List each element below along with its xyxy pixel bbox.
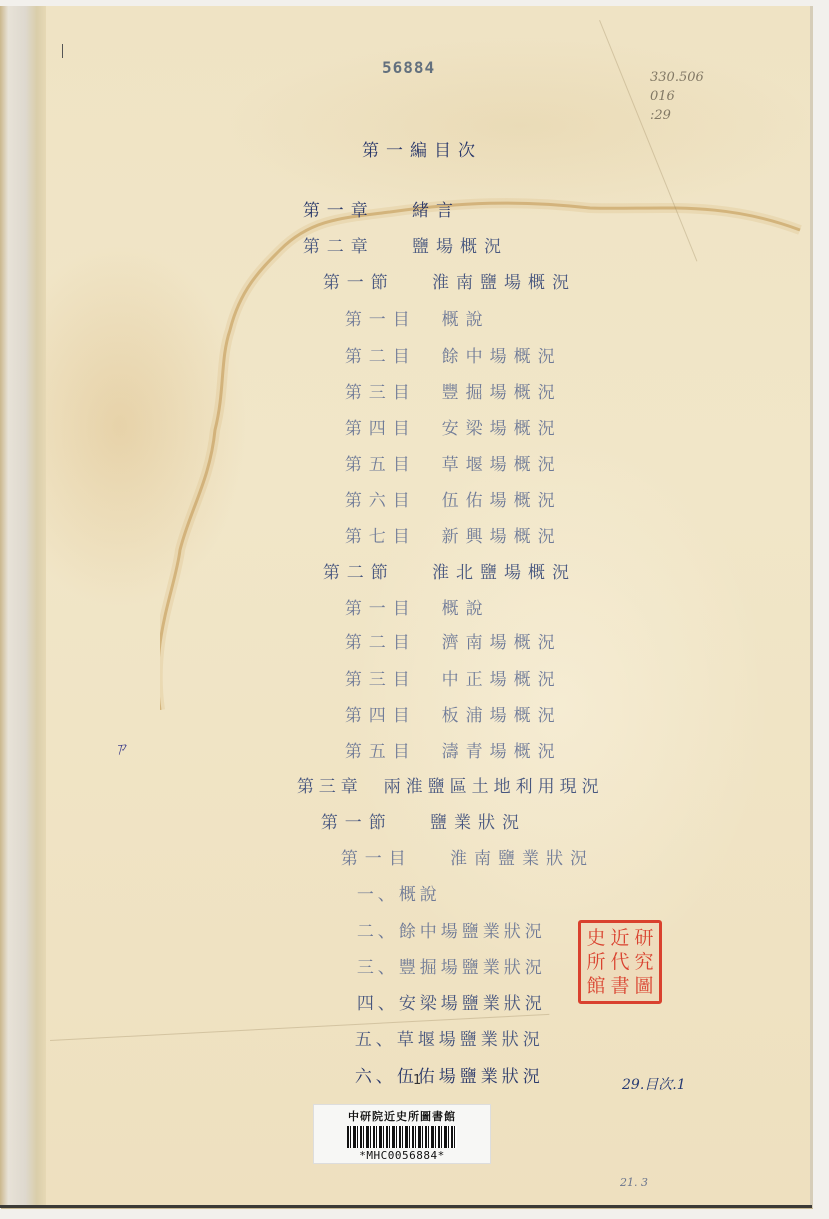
top-left-mark — [62, 44, 63, 58]
seal-char: 研 — [632, 926, 656, 950]
seal-char: 圖 — [632, 974, 656, 998]
call-number-line: :29 — [650, 106, 704, 125]
binding-spine-edge — [0, 6, 46, 1208]
call-number-line: 330.506 — [650, 68, 704, 87]
page-number: 1 — [413, 1073, 421, 1088]
toc-label: 六、 — [355, 1067, 397, 1087]
library-seal: 史 近 研 所 代 究 館 書 圖 — [578, 920, 662, 1004]
barcode-label: 中研院近史所圖書館 *MHC0056884* — [313, 1104, 491, 1164]
seal-char: 書 — [608, 974, 632, 998]
page-right-edge — [810, 6, 813, 1208]
barcode-institution: 中研院近史所圖書館 — [348, 1108, 456, 1124]
handwritten-footer-note: 21. 3 — [620, 1176, 648, 1189]
margin-handwritten-mark: ㄗ — [112, 736, 128, 759]
toc-subitem: 六、伍佑場鹽業狀況 — [336, 1042, 544, 1087]
seal-char: 史 — [584, 926, 608, 950]
seal-char: 館 — [584, 974, 608, 998]
call-number-line: 016 — [650, 87, 704, 106]
seal-char: 究 — [632, 950, 656, 974]
pencil-call-number: 330.506 016 :29 — [650, 68, 704, 125]
seal-char: 代 — [608, 950, 632, 974]
handwritten-index-note: 29.目次.1 — [622, 1074, 686, 1094]
catalog-number-stamp: 56884 — [382, 58, 435, 77]
barcode-icon — [347, 1126, 457, 1148]
toc-title: 第一編目次 — [362, 136, 482, 161]
seal-char: 所 — [584, 950, 608, 974]
page-bottom-edge — [0, 1205, 812, 1208]
toc-text: 淮南鹽業狀況 — [450, 849, 594, 869]
barcode-code: *MHC0056884* — [359, 1149, 444, 1162]
seal-char: 近 — [608, 926, 632, 950]
